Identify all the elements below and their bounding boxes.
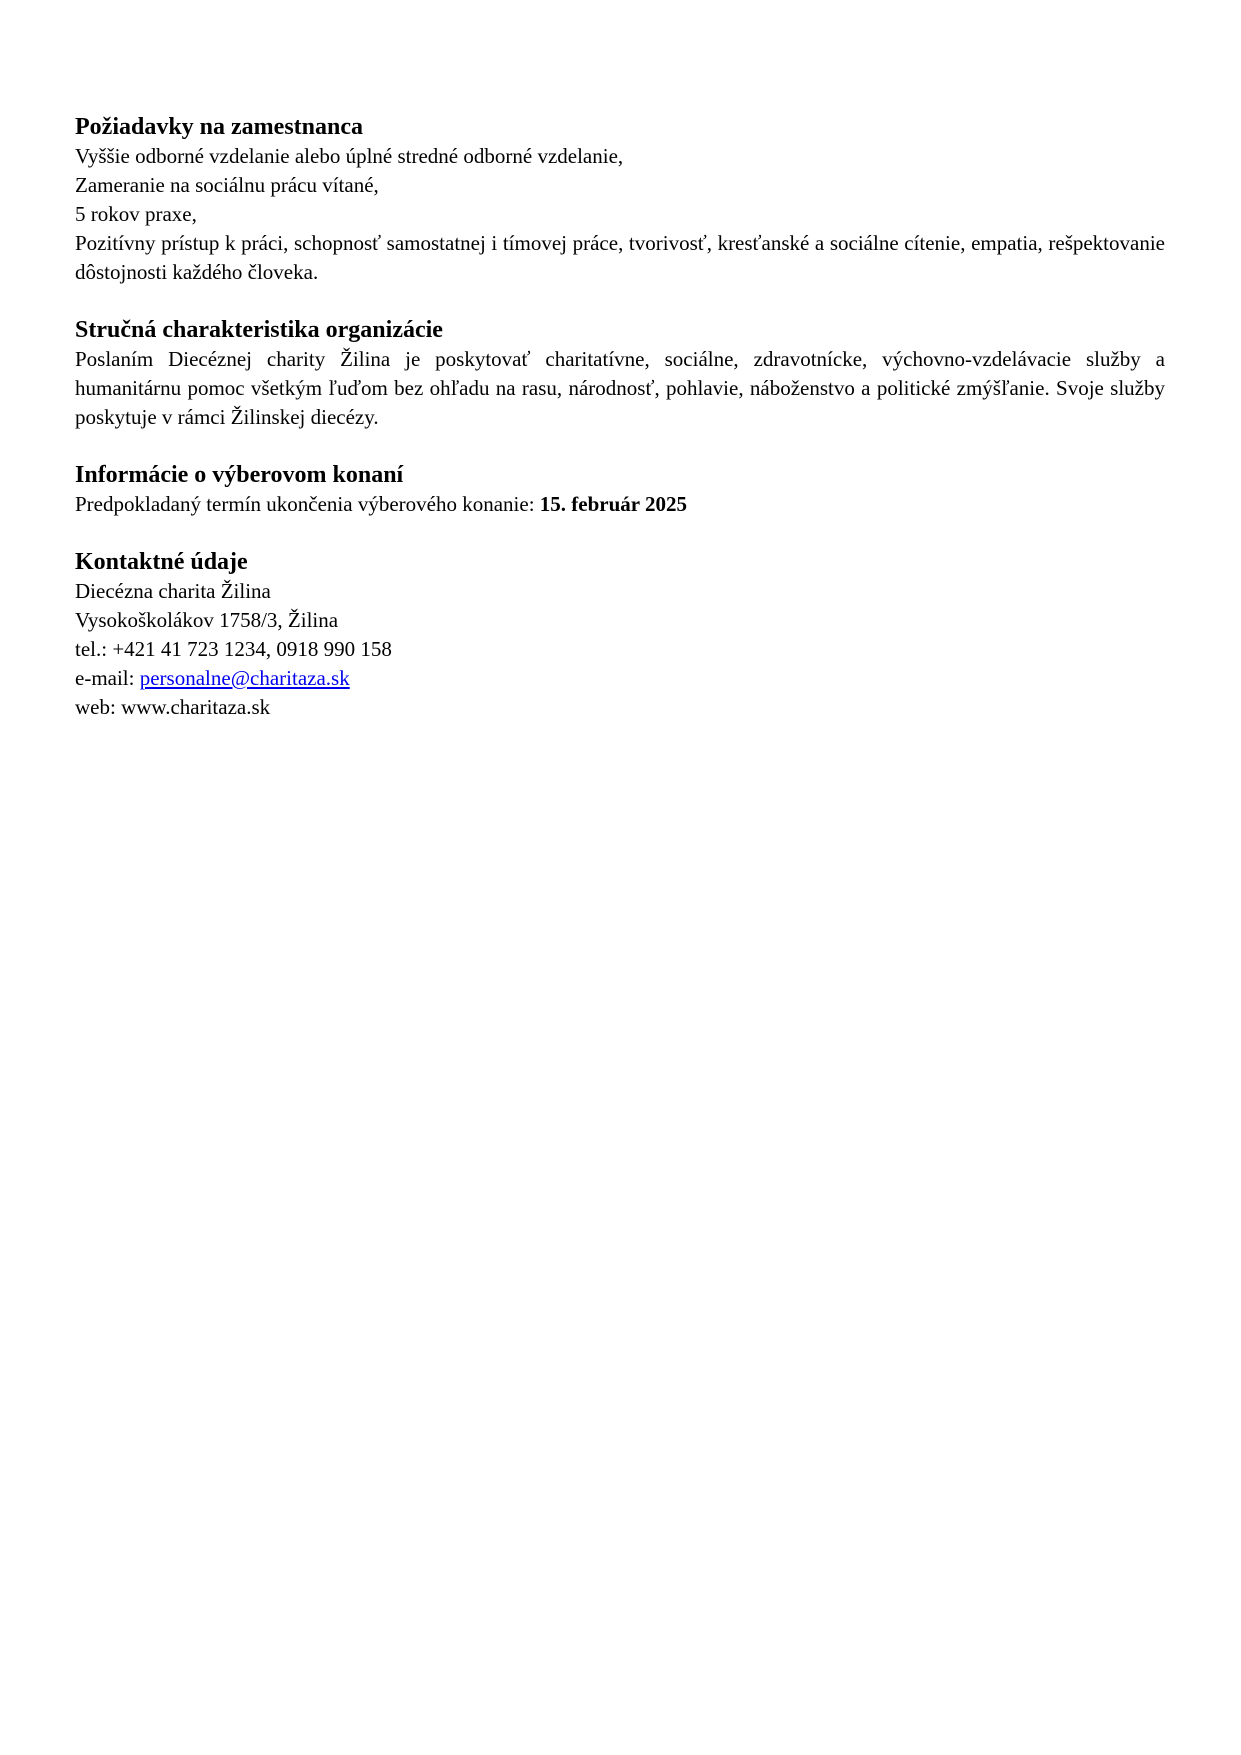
contact-email-line: e-mail: personalne@charitaza.sk <box>75 664 1165 693</box>
selection-deadline-date: 15. február 2025 <box>540 492 687 516</box>
selection-deadline-label: Predpokladaný termín ukončenia výberovéh… <box>75 492 540 516</box>
contact-phone: tel.: +421 41 723 1234, 0918 990 158 <box>75 635 1165 664</box>
contact-organization-name: Diecézna charita Žilina <box>75 577 1165 606</box>
contact-heading: Kontaktné údaje <box>75 548 1165 577</box>
contact-section: Kontaktné údaje Diecézna charita Žilina … <box>75 548 1165 722</box>
organization-description: Poslaním Diecéznej charity Žilina je pos… <box>75 345 1165 432</box>
requirements-heading: Požiadavky na zamestnanca <box>75 113 1165 142</box>
contact-email-label: e-mail: <box>75 666 140 690</box>
organization-section: Stručná charakteristika organizácie Posl… <box>75 316 1165 432</box>
selection-heading: Informácie o výberovom konaní <box>75 461 1165 490</box>
document-page: Požiadavky na zamestnanca Vyššie odborné… <box>75 113 1165 751</box>
requirement-experience: 5 rokov praxe, <box>75 200 1165 229</box>
selection-deadline: Predpokladaný termín ukončenia výberovéh… <box>75 490 1165 519</box>
contact-address: Vysokoškolákov 1758/3, Žilina <box>75 606 1165 635</box>
contact-web: web: www.charitaza.sk <box>75 693 1165 722</box>
contact-email-link[interactable]: personalne@charitaza.sk <box>140 666 350 690</box>
requirement-personal-qualities: Pozitívny prístup k práci, schopnosť sam… <box>75 229 1165 287</box>
requirements-section: Požiadavky na zamestnanca Vyššie odborné… <box>75 113 1165 287</box>
requirement-focus: Zameranie na sociálnu prácu vítané, <box>75 171 1165 200</box>
requirement-education: Vyššie odborné vzdelanie alebo úplné str… <box>75 142 1165 171</box>
organization-heading: Stručná charakteristika organizácie <box>75 316 1165 345</box>
selection-section: Informácie o výberovom konaní Predpoklad… <box>75 461 1165 519</box>
